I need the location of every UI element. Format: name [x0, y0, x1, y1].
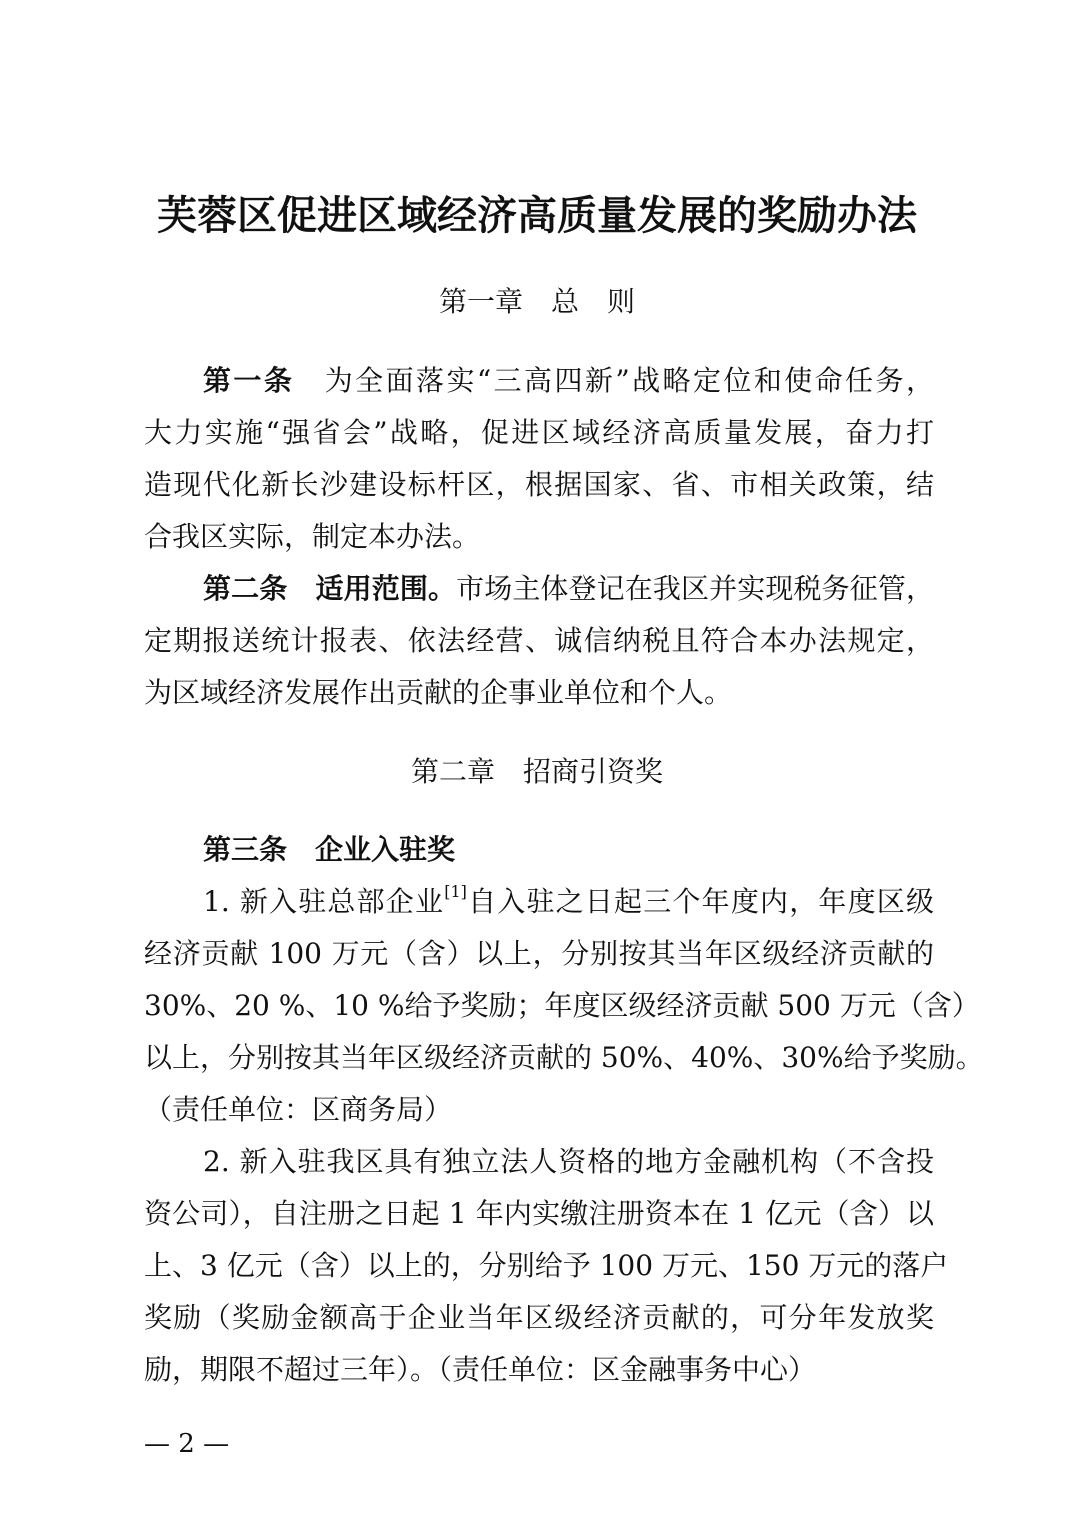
article-2-line-1: 第二条 适用范围。市场主体登记在我区并实现税务征管， [203, 569, 934, 609]
article-3-subtitle: 企业入驻奖 [315, 833, 455, 866]
item-2-number: 2. [203, 1145, 230, 1178]
chapter-heading-1: 第一章 总 则 [0, 282, 1074, 322]
article-2-line-3: 为区域经济发展作出贡献的企事业单位和个人。 [144, 673, 934, 713]
article-2-label: 第二条 [203, 572, 287, 605]
article-1-line-2: 大力实施“强省会”战略，促进区域经济高质量发展，奋力打 [144, 413, 934, 453]
item-2-line-4: 奖励（奖励金额高于企业当年区级经济贡献的，可分年发放奖 [144, 1298, 934, 1338]
article-1-line-3: 造现代化新长沙建设标杆区，根据国家、省、市相关政策，结 [144, 465, 934, 505]
article-3-heading: 第三条 企业入驻奖 [203, 830, 934, 870]
article-3-label: 第三条 [203, 833, 287, 866]
page-number: — 2 — [144, 1426, 229, 1462]
item-2-line-2: 资公司），自注册之日起 1 年内实缴注册资本在 1 亿元（含）以 [144, 1194, 934, 1234]
item-2-line-3: 上、3 亿元（含）以上的，分别给予 100 万元、150 万元的落户 [144, 1246, 934, 1286]
item-2-line-5: 励，期限不超过三年）。（责任单位：区金融事务中心） [144, 1350, 934, 1390]
item-2-text: 新入驻我区具有独立法人资格的地方金融机构（不含投 [240, 1145, 934, 1178]
item-1-number: 1. [203, 885, 230, 918]
article-2-line-2: 定期报送统计报表、依法经营、诚信纳税且符合本办法规定， [144, 621, 934, 661]
item-1-text-b: 自入驻之日起三个年度内，年度区级 [467, 885, 934, 918]
document-title: 芙蓉区促进区域经济高质量发展的奖励办法 [0, 190, 1074, 242]
item-1-line-5: （责任单位：区商务局） [144, 1090, 934, 1130]
item-1-line-4: 以上，分别按其当年区级经济贡献的 50%、40%、30%给予奖励。 [144, 1038, 934, 1078]
chapter-heading-2: 第二章 招商引资奖 [0, 752, 1074, 792]
item-1-line-1: 1. 新入驻总部企业[1]自入驻之日起三个年度内，年度区级 [203, 882, 934, 922]
article-2-text: 市场主体登记在我区并实现税务征管， [456, 572, 934, 605]
article-1-line-1: 第一条 为全面落实“三高四新”战略定位和使命任务， [203, 361, 934, 401]
item-1-text-a: 新入驻总部企业 [240, 885, 444, 918]
article-1-label: 第一条 [203, 364, 294, 397]
article-1-line-4: 合我区实际，制定本办法。 [144, 517, 934, 557]
document-page: 芙蓉区促进区域经济高质量发展的奖励办法 第一章 总 则 第一条 为全面落实“三高… [0, 0, 1074, 1520]
item-1-line-2: 经济贡献 100 万元（含）以上，分别按其当年区级经济贡献的 [144, 934, 934, 974]
footnote-ref[interactable]: [1] [444, 882, 467, 901]
article-1-text: 为全面落实“三高四新”战略定位和使命任务， [325, 364, 934, 397]
item-1-line-3: 30%、20 %、10 %给予奖励；年度区级经济贡献 500 万元（含） [144, 986, 934, 1026]
article-2-subtitle: 适用范围。 [315, 572, 456, 605]
item-2-line-1: 2. 新入驻我区具有独立法人资格的地方金融机构（不含投 [203, 1142, 934, 1182]
